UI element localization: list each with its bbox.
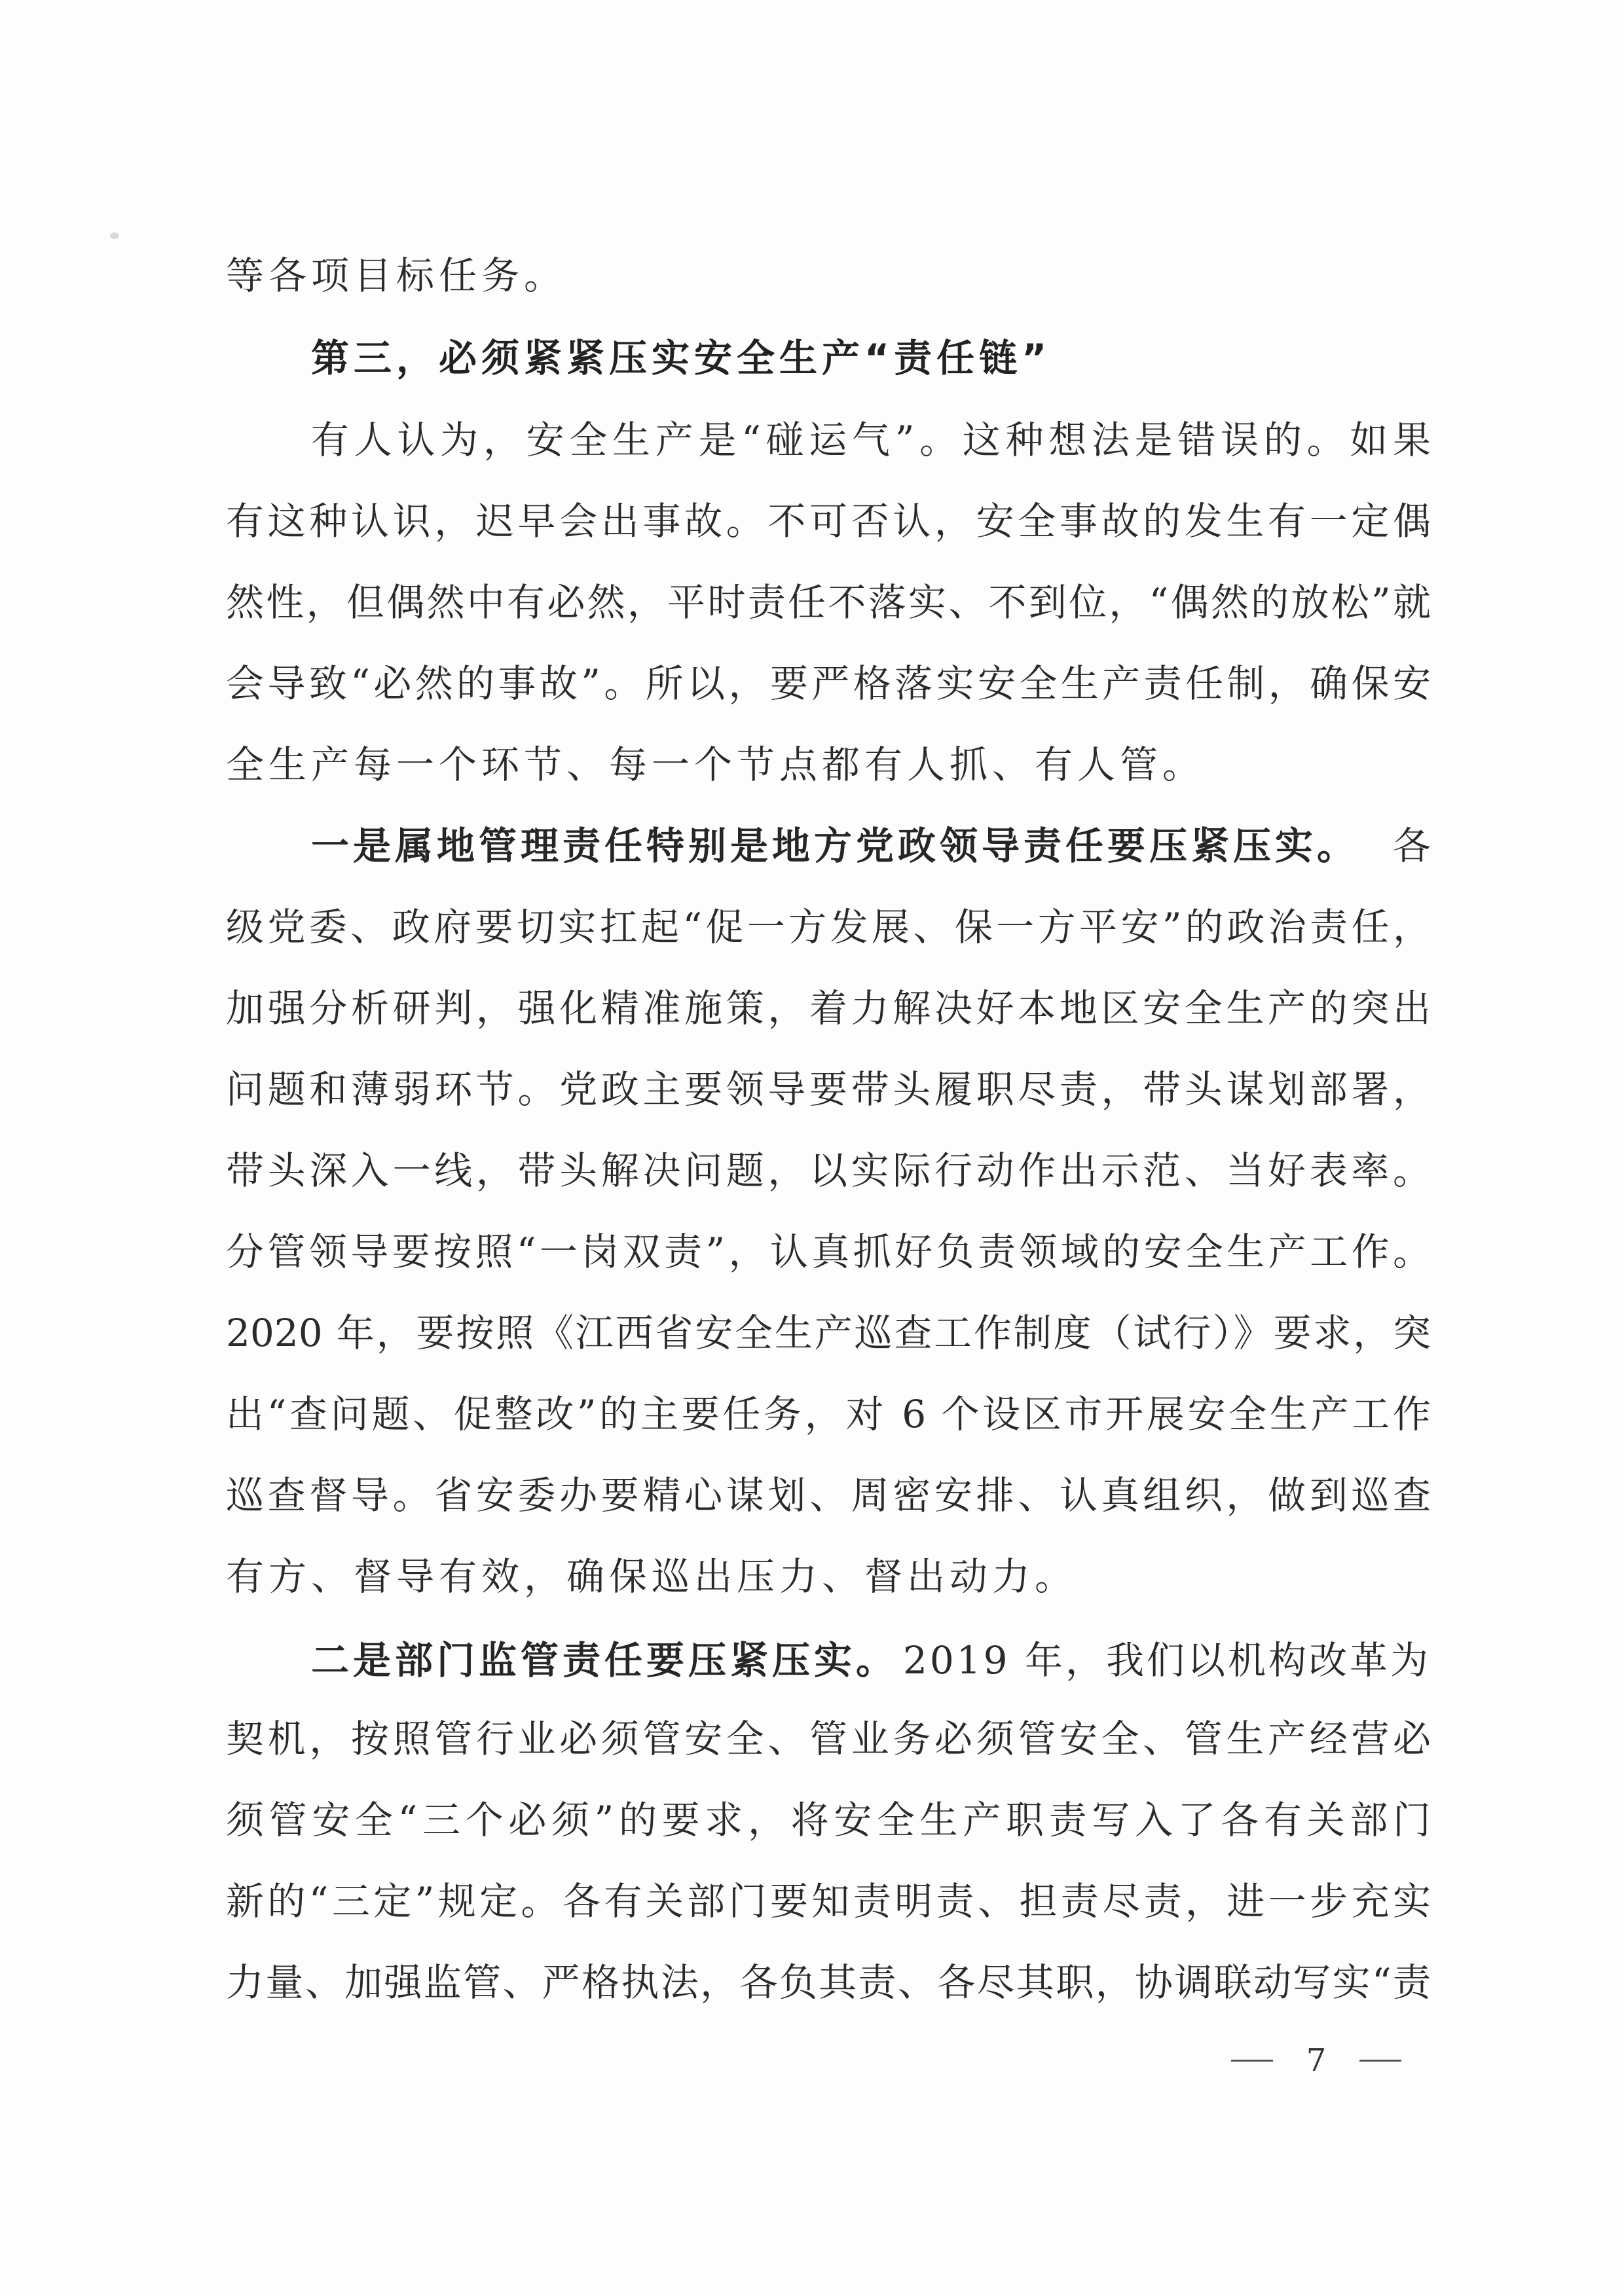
paragraph-line: 问题和薄弱环节。党政主要领导要带头履职尽责，带头谋划部署， <box>226 1066 1431 1112</box>
paragraph-line: 出“查问题、促整改”的主要任务，对 6 个设区市开展安全生产工作 <box>226 1391 1431 1437</box>
paragraph-line: 等各项目标任务。 <box>226 253 1431 299</box>
paragraph-line: 全生产每一个环节、每一个节点都有人抓、有人管。 <box>226 742 1431 788</box>
dash-right <box>1359 2060 1401 2062</box>
page-number: 7 <box>1231 2037 1401 2083</box>
paragraph-line: 然性，但偶然中有必然，平时责任不落实、不到位，“偶然的放松”就 <box>226 579 1431 625</box>
paragraph-line: 有这种认识，迟早会出事故。不可否认，安全事故的发生有一定偶 <box>226 498 1431 544</box>
point-heading-two: 二是部门监管责任要压紧压实。 <box>311 1637 898 1683</box>
paragraph-line: 新的“三定”规定。各有关部门要知责明责、担责尽责，进一步充实 <box>226 1878 1431 1924</box>
scan-artifact <box>110 232 119 239</box>
paragraph-line: 契机，按照管行业必须管安全、管业务必须管安全、管生产经营必 <box>226 1716 1431 1762</box>
document-page: 等各项目标任务。 第三，必须紧紧压实安全生产“责任链” 有人认为，安全生产是“碰… <box>0 0 1624 2296</box>
paragraph-text: 2019 年，我们以机构改革为 <box>903 1637 1431 1683</box>
paragraph-text: 各 <box>1393 823 1431 869</box>
paragraph-line: 有方、督导有效，确保巡出压力、督出动力。 <box>226 1554 1431 1599</box>
paragraph-line: 有人认为，安全生产是“碰运气”。这种想法是错误的。如果 <box>311 417 1431 463</box>
paragraph-line: 加强分析研判，强化精准施策，着力解决好本地区安全生产的突出 <box>226 985 1431 1031</box>
paragraph-line: 级党委、政府要切实扛起“促一方发展、保一方平安”的政治责任， <box>226 904 1431 950</box>
paragraph-line: 带头深入一线，带头解决问题，以实际行动作出示范、当好表率。 <box>226 1148 1431 1194</box>
section-heading: 第三，必须紧紧压实安全生产“责任链” <box>311 335 1431 381</box>
page-number-value: 7 <box>1306 2037 1327 2083</box>
paragraph-line: 会导致“必然的事故”。所以，要严格落实安全生产责任制，确保安 <box>226 661 1431 706</box>
point-heading-one: 一是属地管理责任特别是地方党政领导责任要压紧压实。 <box>311 823 1359 869</box>
paragraph-line: 2020 年，要按照《江西省安全生产巡查工作制度（试行）》要求，突 <box>226 1310 1431 1356</box>
paragraph-line: 二是部门监管责任要压紧压实。 2019 年，我们以机构改革为 <box>311 1637 1431 1683</box>
paragraph-line: 一是属地管理责任特别是地方党政领导责任要压紧压实。 各 <box>311 823 1431 869</box>
dash-left <box>1231 2060 1273 2062</box>
paragraph-line: 巡查督导。省安委办要精心谋划、周密安排、认真组织，做到巡查 <box>226 1472 1431 1518</box>
paragraph-line: 分管领导要按照“一岗双责”，认真抓好负责领域的安全生产工作。 <box>226 1229 1431 1275</box>
paragraph-line: 力量、加强监管、严格执法，各负其责、各尽其职，协调联动写实“责 <box>226 1959 1431 2005</box>
paragraph-line: 须管安全“三个必须”的要求，将安全生产职责写入了各有关部门 <box>226 1797 1431 1843</box>
